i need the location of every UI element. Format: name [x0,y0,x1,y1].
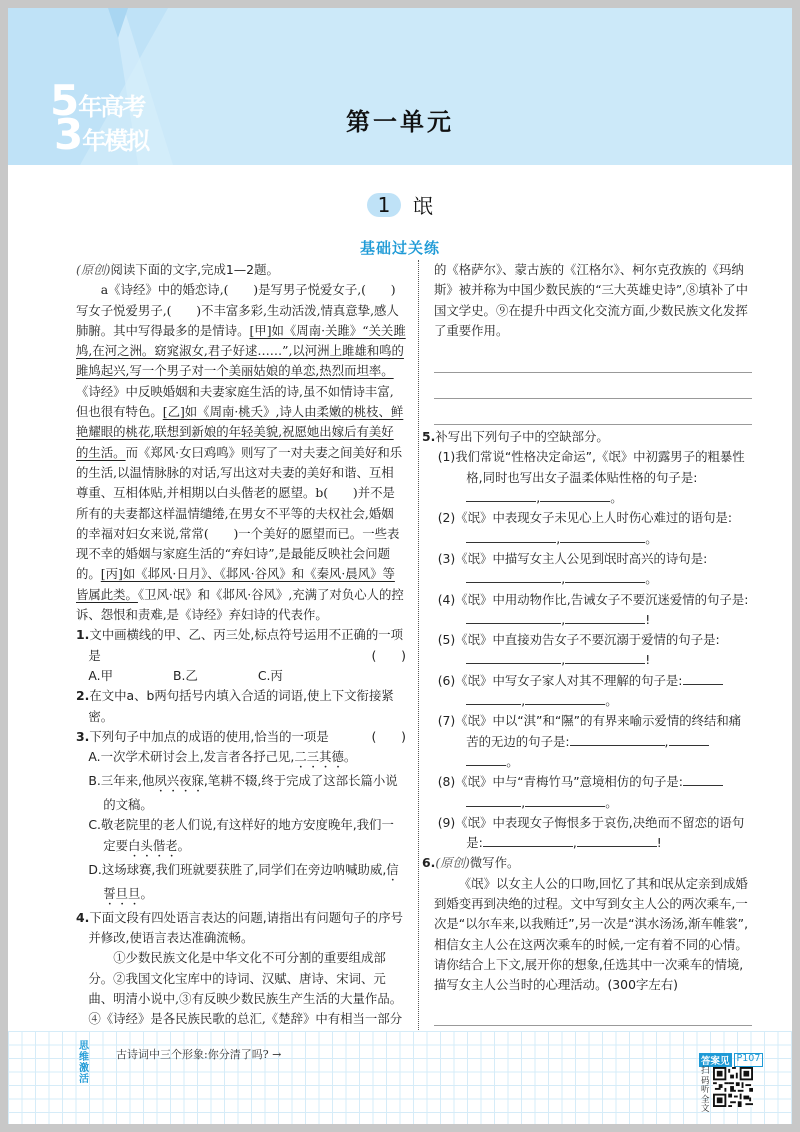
answer-page-link[interactable]: P107 [734,1053,764,1067]
fill-blank[interactable] [525,692,605,705]
intro-text: 阅读下面的文字,完成1—2题。 [110,262,278,277]
side-label: 思维激活 [77,1041,91,1085]
fill-blank[interactable] [540,489,610,502]
tip-text: 古诗词中三个形象:你分清了吗? → [116,1048,281,1061]
section-title: 基础过关练 [8,237,792,258]
fill-blank[interactable] [466,530,556,543]
option-text: 。 [344,749,356,764]
question-5-item-5: (5)《氓》中直接劝告女子不要沉溺于爱情的句子是:,! [434,630,752,671]
passage-text: 而《郑风·女曰鸡鸣》则写了一对夫妻之间美好和乐的生活,以温情脉脉的对话,写出这对… [76,445,402,582]
question-text: 微写作。 [470,855,520,870]
option-text: A.一次学术研讨会上,发言者各抒己见, [88,749,294,764]
column-divider [418,260,419,1050]
reading-intro: (原创)阅读下面的文字,完成1—2题。 [76,260,406,280]
reading-passage: a《诗经》中的婚恋诗,( )是写男子悦爱女子,( )写女子悦爱男子,( )不丰富… [76,280,406,625]
question-text: 在文中a、b两句括号内填入合适的词语,使上下文衔接紧密。 [88,688,393,723]
item-label: (7) [438,713,456,728]
item-label: (8) [438,774,456,789]
answer-line[interactable] [434,347,752,373]
question-5-item-8: (8)《氓》中与“青梅竹马”意境相仿的句子是:,。 [434,772,752,813]
fill-blank[interactable] [466,611,561,624]
fill-blank[interactable] [565,570,645,583]
item-end: ! [645,612,650,627]
item-label: (6) [438,673,456,688]
original-tag: (原创) [76,262,110,277]
answer-label: 答案见 [699,1053,732,1067]
question-5-item-1: (1)我们常说“性格决定命运”,《氓》中初露男子的粗暴性格,同时也写出女子温柔体… [434,447,752,508]
item-text: 《氓》中用动物作比,告诫女子不要沉迷爱情的句子是: [455,592,748,607]
item-label: (4) [438,592,456,607]
item-text: 《氓》中写女子家人对其不理解的句子是: [455,673,682,688]
option-b[interactable]: B.乙 [173,666,198,686]
item-label: (9) [438,815,456,830]
question-3: 3.下列句子中加点的成语的使用,恰当的一项是( ) [76,727,406,747]
fill-blank[interactable] [570,733,665,746]
question-number: 1. [76,627,89,642]
question-number: 5. [422,429,435,444]
right-column: 的《格萨尔》、蒙古族的《江格尔》、柯尔克孜族的《玛纳斯》被并称为中国少数民族的“… [434,260,752,1078]
fill-blank[interactable] [466,692,521,705]
unit-title: 第一单元 [8,102,792,137]
option-text: 。 [178,838,190,853]
scan-label: 扫码听全文 [701,1067,711,1115]
question-3-option-a[interactable]: A.一次学术研讨会上,发言者各抒己见,二三其德。 [76,747,406,771]
qr-code-icon[interactable] [713,1067,753,1107]
question-2: 2.在文中a、b两句括号内填入合适的词语,使上下文衔接紧密。 [76,686,406,727]
lesson-title: 氓 [413,190,433,219]
question-6-prompt: 《氓》以女主人公的口吻,回忆了其和氓从定亲到成婚到婚变再到决绝的过程。文中写到女… [434,874,752,996]
item-end: ! [657,835,662,850]
writing-line[interactable] [434,1000,752,1026]
answer-reference: 答案见 P107 [699,1053,763,1067]
dotted-idiom: 二三其德 [294,749,344,764]
answer-line[interactable] [434,373,752,399]
item-text: 《氓》中直接劝告女子不要沉溺于爱情的句子是: [455,632,719,647]
lesson-heading: 1 氓 [8,190,792,219]
fill-blank[interactable] [565,611,645,624]
item-text: 我们常说“性格决定命运”,《氓》中初露男子的粗暴性格,同时也写出女子温柔体贴性格… [455,449,744,484]
grid-footer [8,1031,792,1124]
question-number: 6. [422,855,435,870]
footer-tip: 古诗词中三个形象:你分清了吗? → [116,1046,281,1062]
question-5-item-7: (7)《氓》中以“淇”和“隰”的有界来喻示爱情的终结和痛苦的无边的句子是:,。 [434,711,752,772]
fill-blank[interactable] [560,530,645,543]
question-5-item-2: (2)《氓》中表现女子未见心上人时伤心难过的语句是:,。 [434,508,752,549]
fill-blank[interactable] [466,651,561,664]
question-5-item-4: (4)《氓》中用动物作比,告诫女子不要沉迷爱情的句子是:,! [434,590,752,631]
fill-blank[interactable] [466,753,506,766]
question-1-options: A.甲 B.乙 C.丙 [76,666,406,686]
item-end: 。 [506,754,518,769]
item-end: ! [645,652,650,667]
fill-blank[interactable] [525,794,605,807]
fill-blank[interactable] [683,672,723,685]
item-label: (1) [438,449,456,464]
option-text: D.这场球赛,我们班就要获胜了,同学们在旁边呐喊助威, [88,862,386,877]
answer-paren[interactable]: ( ) [384,727,406,747]
question-3-option-c[interactable]: C.敬老院里的老人们说,有这样好的地方安度晚年,我们一定要白头偕老。 [76,815,406,859]
question-number: 3. [76,729,89,744]
option-a[interactable]: A.甲 [88,666,113,686]
page-header: 5年高考 3年模拟 第一单元 [8,8,792,165]
question-number: 4. [76,910,89,925]
question-3-option-d[interactable]: D.这场球赛,我们班就要获胜了,同学们在旁边呐喊助威,信誓旦旦。 [76,860,406,908]
question-4-passage-continued: 的《格萨尔》、蒙古族的《江格尔》、柯尔克孜族的《玛纳斯》被并称为中国少数民族的“… [434,260,752,341]
item-text: 《氓》中与“青梅竹马”意境相仿的句子是: [455,774,683,789]
question-1: 1.文中画横线的甲、乙、丙三处,标点符号运用不正确的一项是( ) [76,625,406,666]
workbook-page: 5年高考 3年模拟 第一单元 1 氓 基础过关练 (原创)阅读下面的文字,完成1… [8,8,792,1124]
question-number: 2. [76,688,89,703]
item-end: 。 [605,795,617,810]
answer-paren[interactable]: ( ) [384,646,406,666]
answer-line[interactable] [434,399,752,425]
item-label: (5) [438,632,456,647]
dotted-idiom: 白头偕老 [128,838,178,853]
question-5-item-9: (9)《氓》中表现女子悔恨多于哀伤,决绝而不留恋的语句是:,! [434,813,752,854]
fill-blank[interactable] [466,570,561,583]
item-end: 。 [645,571,657,586]
fill-blank[interactable] [669,733,709,746]
option-c[interactable]: C.丙 [258,666,283,686]
item-label: (3) [438,551,456,566]
fill-blank[interactable] [483,834,573,847]
item-text: 《氓》中表现女子未见心上人时伤心难过的语句是: [455,510,732,525]
original-tag: (原创) [435,855,469,870]
item-label: (2) [438,510,456,525]
fill-blank[interactable] [565,651,645,664]
item-end: 。 [605,693,617,708]
question-5-item-6: (6)《氓》中写女子家人对其不理解的句子是:,。 [434,671,752,712]
question-4: 4.下面文段有四处语言表达的问题,请指出有问题句子的序号并修改,使语言表达准确流… [76,908,406,949]
option-text: 。 [140,886,152,901]
item-text: 《氓》中描写女主人公见到氓时高兴的诗句是: [455,551,707,566]
question-text: 下列句子中加点的成语的使用,恰当的一项是 [89,729,328,744]
dotted-idiom: 夙兴夜寐 [154,773,204,788]
left-column: (原创)阅读下面的文字,完成1—2题。 a《诗经》中的婚恋诗,( )是写男子悦爱… [76,260,406,1090]
question-6: 6.(原创)微写作。 [422,853,752,873]
lesson-number-badge: 1 [367,193,401,217]
question-text: 文中画横线的甲、乙、丙三处,标点符号运用不正确的一项是 [88,627,403,662]
question-5-item-3: (3)《氓》中描写女主人公见到氓时高兴的诗句是:,。 [434,549,752,590]
fill-blank[interactable] [683,773,723,786]
fill-blank[interactable] [577,834,657,847]
fill-blank[interactable] [466,489,536,502]
option-text: B.三年来,他 [88,773,154,788]
item-end: 。 [645,531,657,546]
question-text: 补写出下列句子中的空缺部分。 [435,429,608,444]
question-5: 5.补写出下列句子中的空缺部分。 [422,427,752,447]
item-end: 。 [610,490,622,505]
fill-blank[interactable] [466,794,521,807]
question-3-option-b[interactable]: B.三年来,他夙兴夜寐,笔耕不辍,终于完成了这部长篇小说的文稿。 [76,771,406,815]
question-text: 下面文段有四处语言表达的问题,请指出有问题句子的序号并修改,使语言表达准确流畅。 [88,910,403,945]
